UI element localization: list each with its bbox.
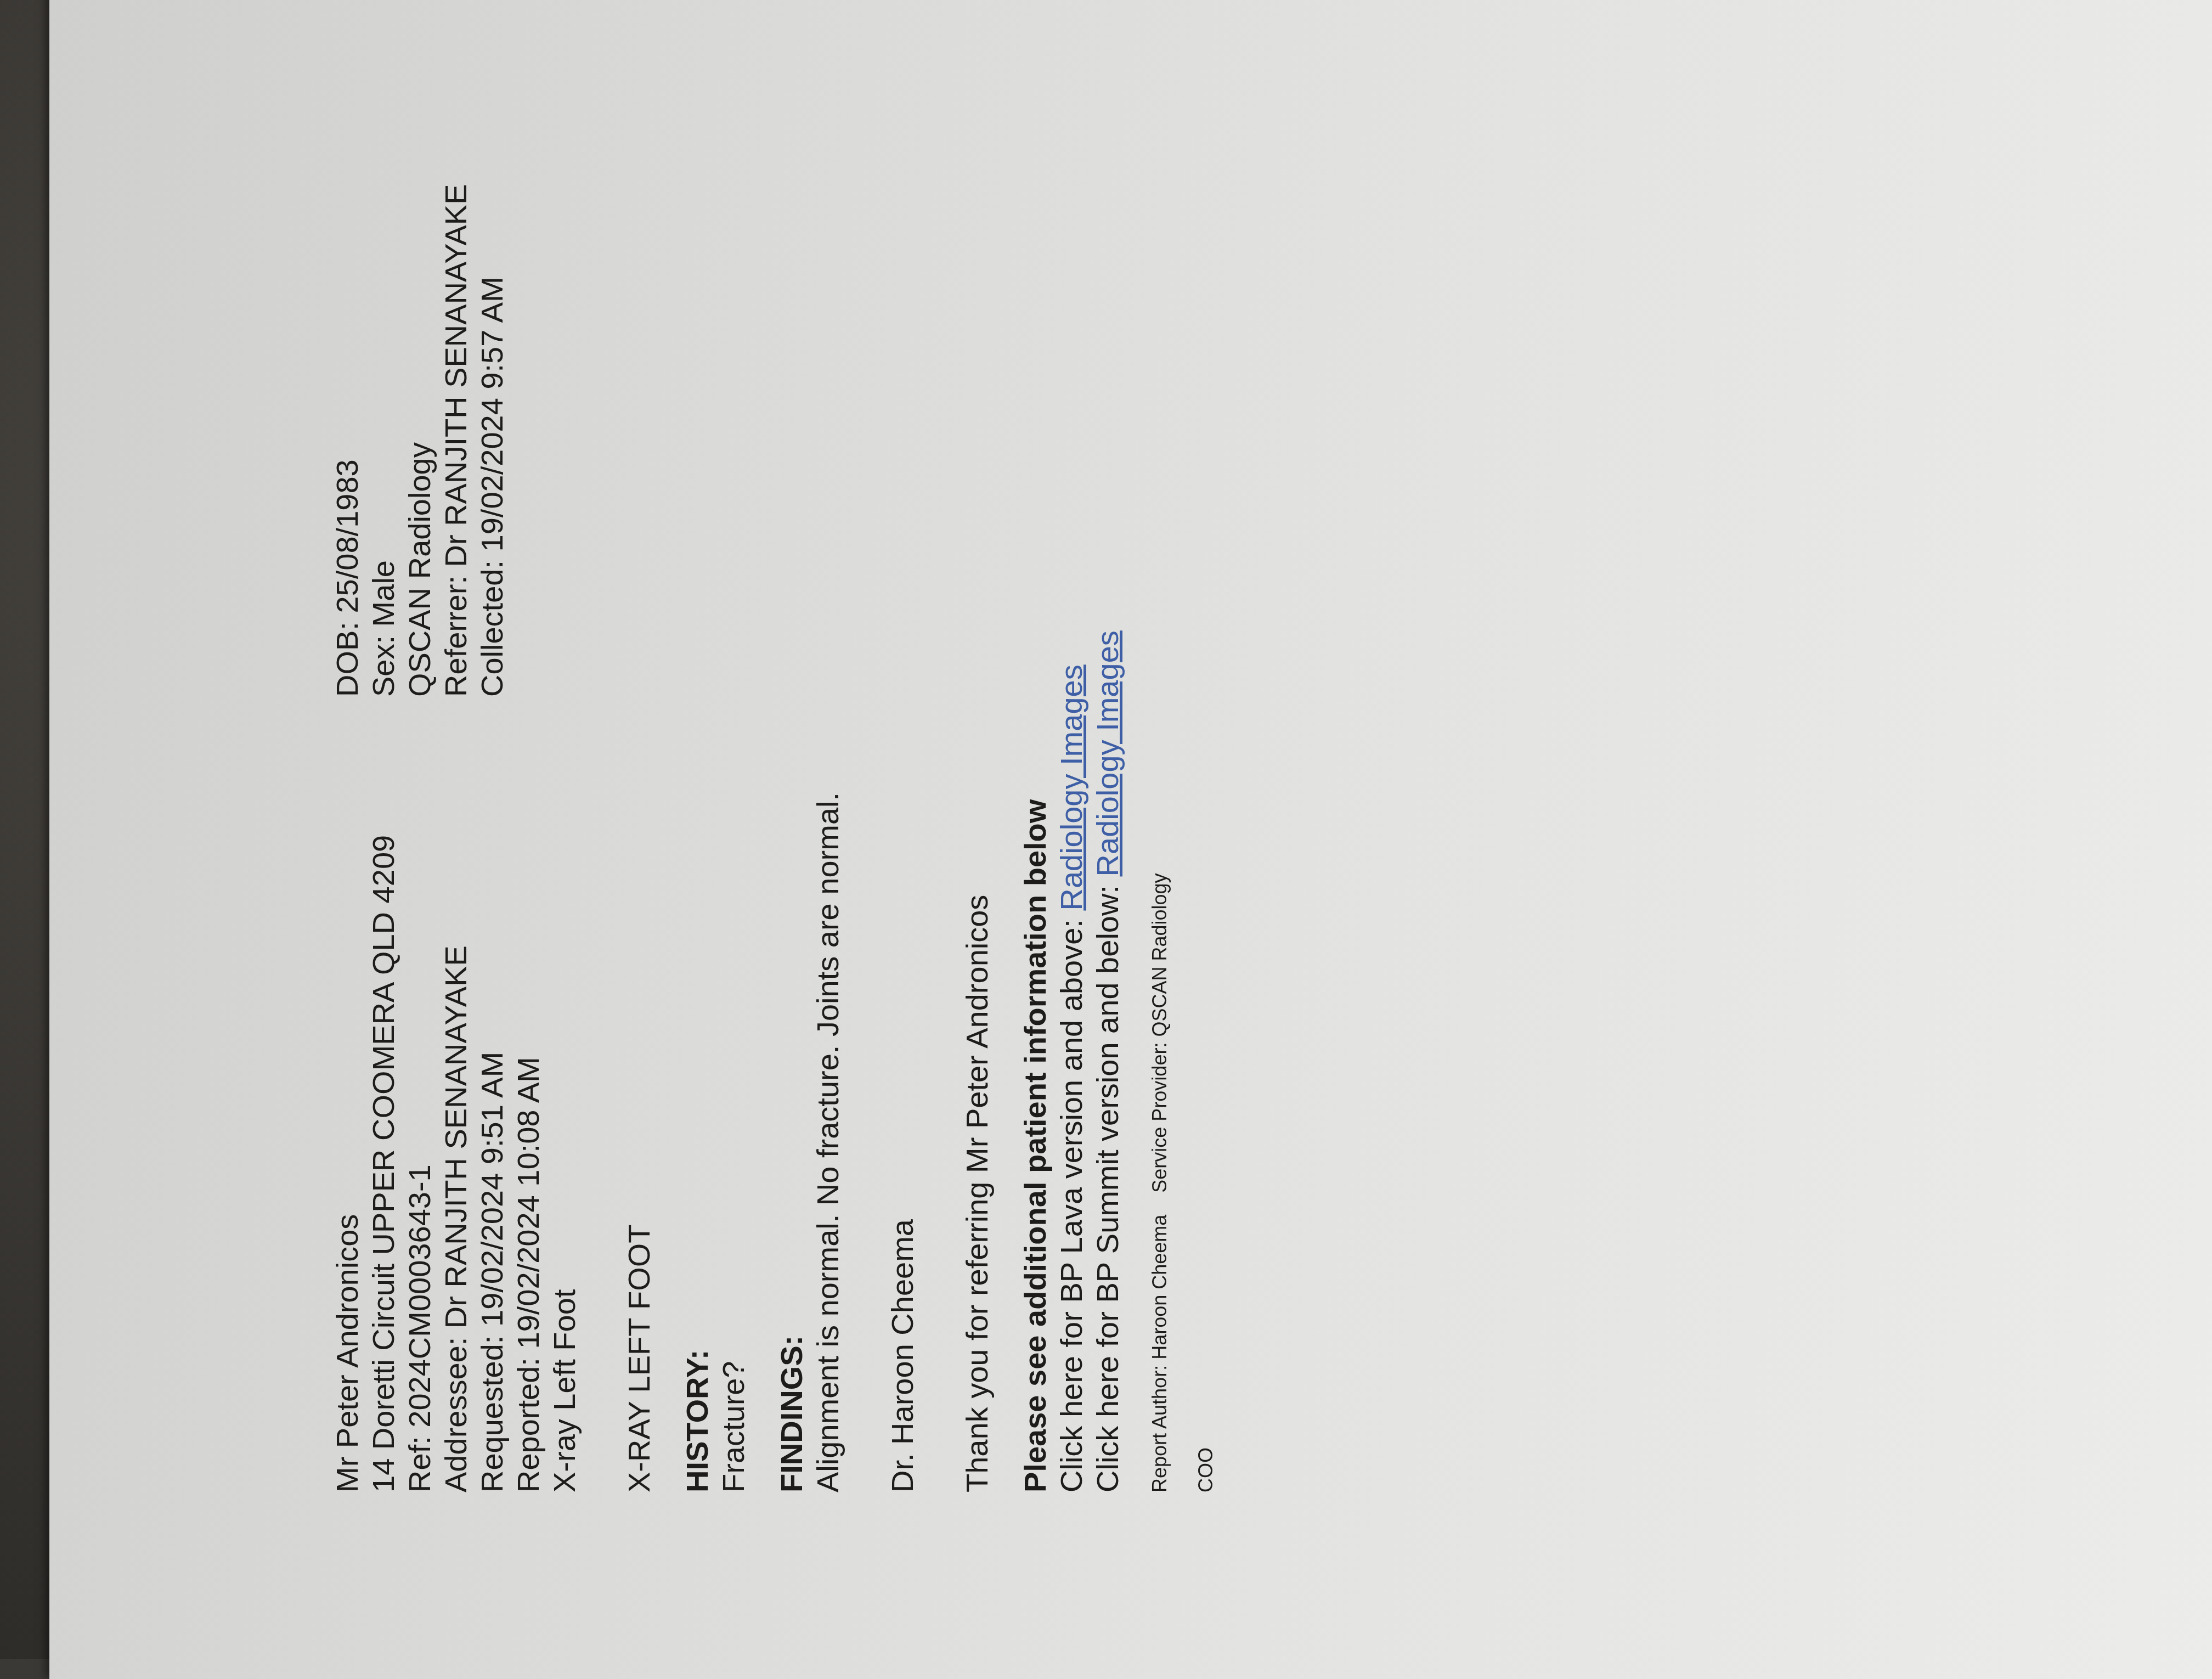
lava-line: Click here for BP Lava version and above… (1053, 11, 1090, 1492)
report-title: X-RAY LEFT FOOT (621, 11, 657, 1492)
cc-text: COO (1194, 11, 1218, 1492)
doctor-name: Dr. Haroon Cheema (884, 11, 921, 1492)
collected-date: Collected: 19/02/2024 9:57 AM (474, 184, 510, 697)
sex: Sex: Male (365, 184, 402, 697)
patient-address: 14 Doretti Circuit UPPER COOMERA QLD 420… (365, 697, 402, 1492)
reference-number: Ref: 2024CM0003643-1 (402, 697, 438, 1492)
findings-label: FINDINGS: (774, 11, 810, 1492)
history-text: Fracture? (715, 11, 752, 1492)
report-author: Report Author: Haroon Cheema (1148, 1215, 1171, 1492)
summit-line: Click here for BP Summit version and bel… (1090, 11, 1126, 1492)
thanks-text: Thank you for referring Mr Peter Androni… (959, 11, 995, 1492)
history-label: HISTORY: (679, 11, 715, 1492)
service-provider: Service Provider: QSCAN Radiology (1148, 873, 1171, 1192)
report-header: Mr Peter Andronicos 14 Doretti Circuit U… (329, 11, 583, 1492)
summit-radiology-images-link[interactable]: Radiology Images (1090, 630, 1125, 876)
patient-name: Mr Peter Andronicos (329, 697, 365, 1492)
provider-name: QSCAN Radiology (402, 184, 438, 697)
reported-date: Reported: 19/02/2024 10:08 AM (510, 697, 546, 1492)
dob: DOB: 25/08/1983 (329, 184, 365, 697)
report-footer: Report Author: Haroon CheemaService Prov… (1148, 11, 1172, 1492)
requested-date: Requested: 19/02/2024 9:51 AM (474, 697, 510, 1492)
findings-text: Alignment is normal. No fracture. Joints… (810, 11, 846, 1492)
additional-heading: Please see additional patient informatio… (1017, 11, 1053, 1492)
addressee: Addressee: Dr RANJITH SENANAYAKE (438, 697, 474, 1492)
referrer: Referrer: Dr RANJITH SENANAYAKE (438, 184, 474, 697)
radiology-report: Mr Peter Andronicos 14 Doretti Circuit U… (329, 11, 1218, 1492)
lava-radiology-images-link[interactable]: Radiology Images (1054, 664, 1088, 910)
exam-type: X-ray Left Foot (546, 697, 583, 1492)
